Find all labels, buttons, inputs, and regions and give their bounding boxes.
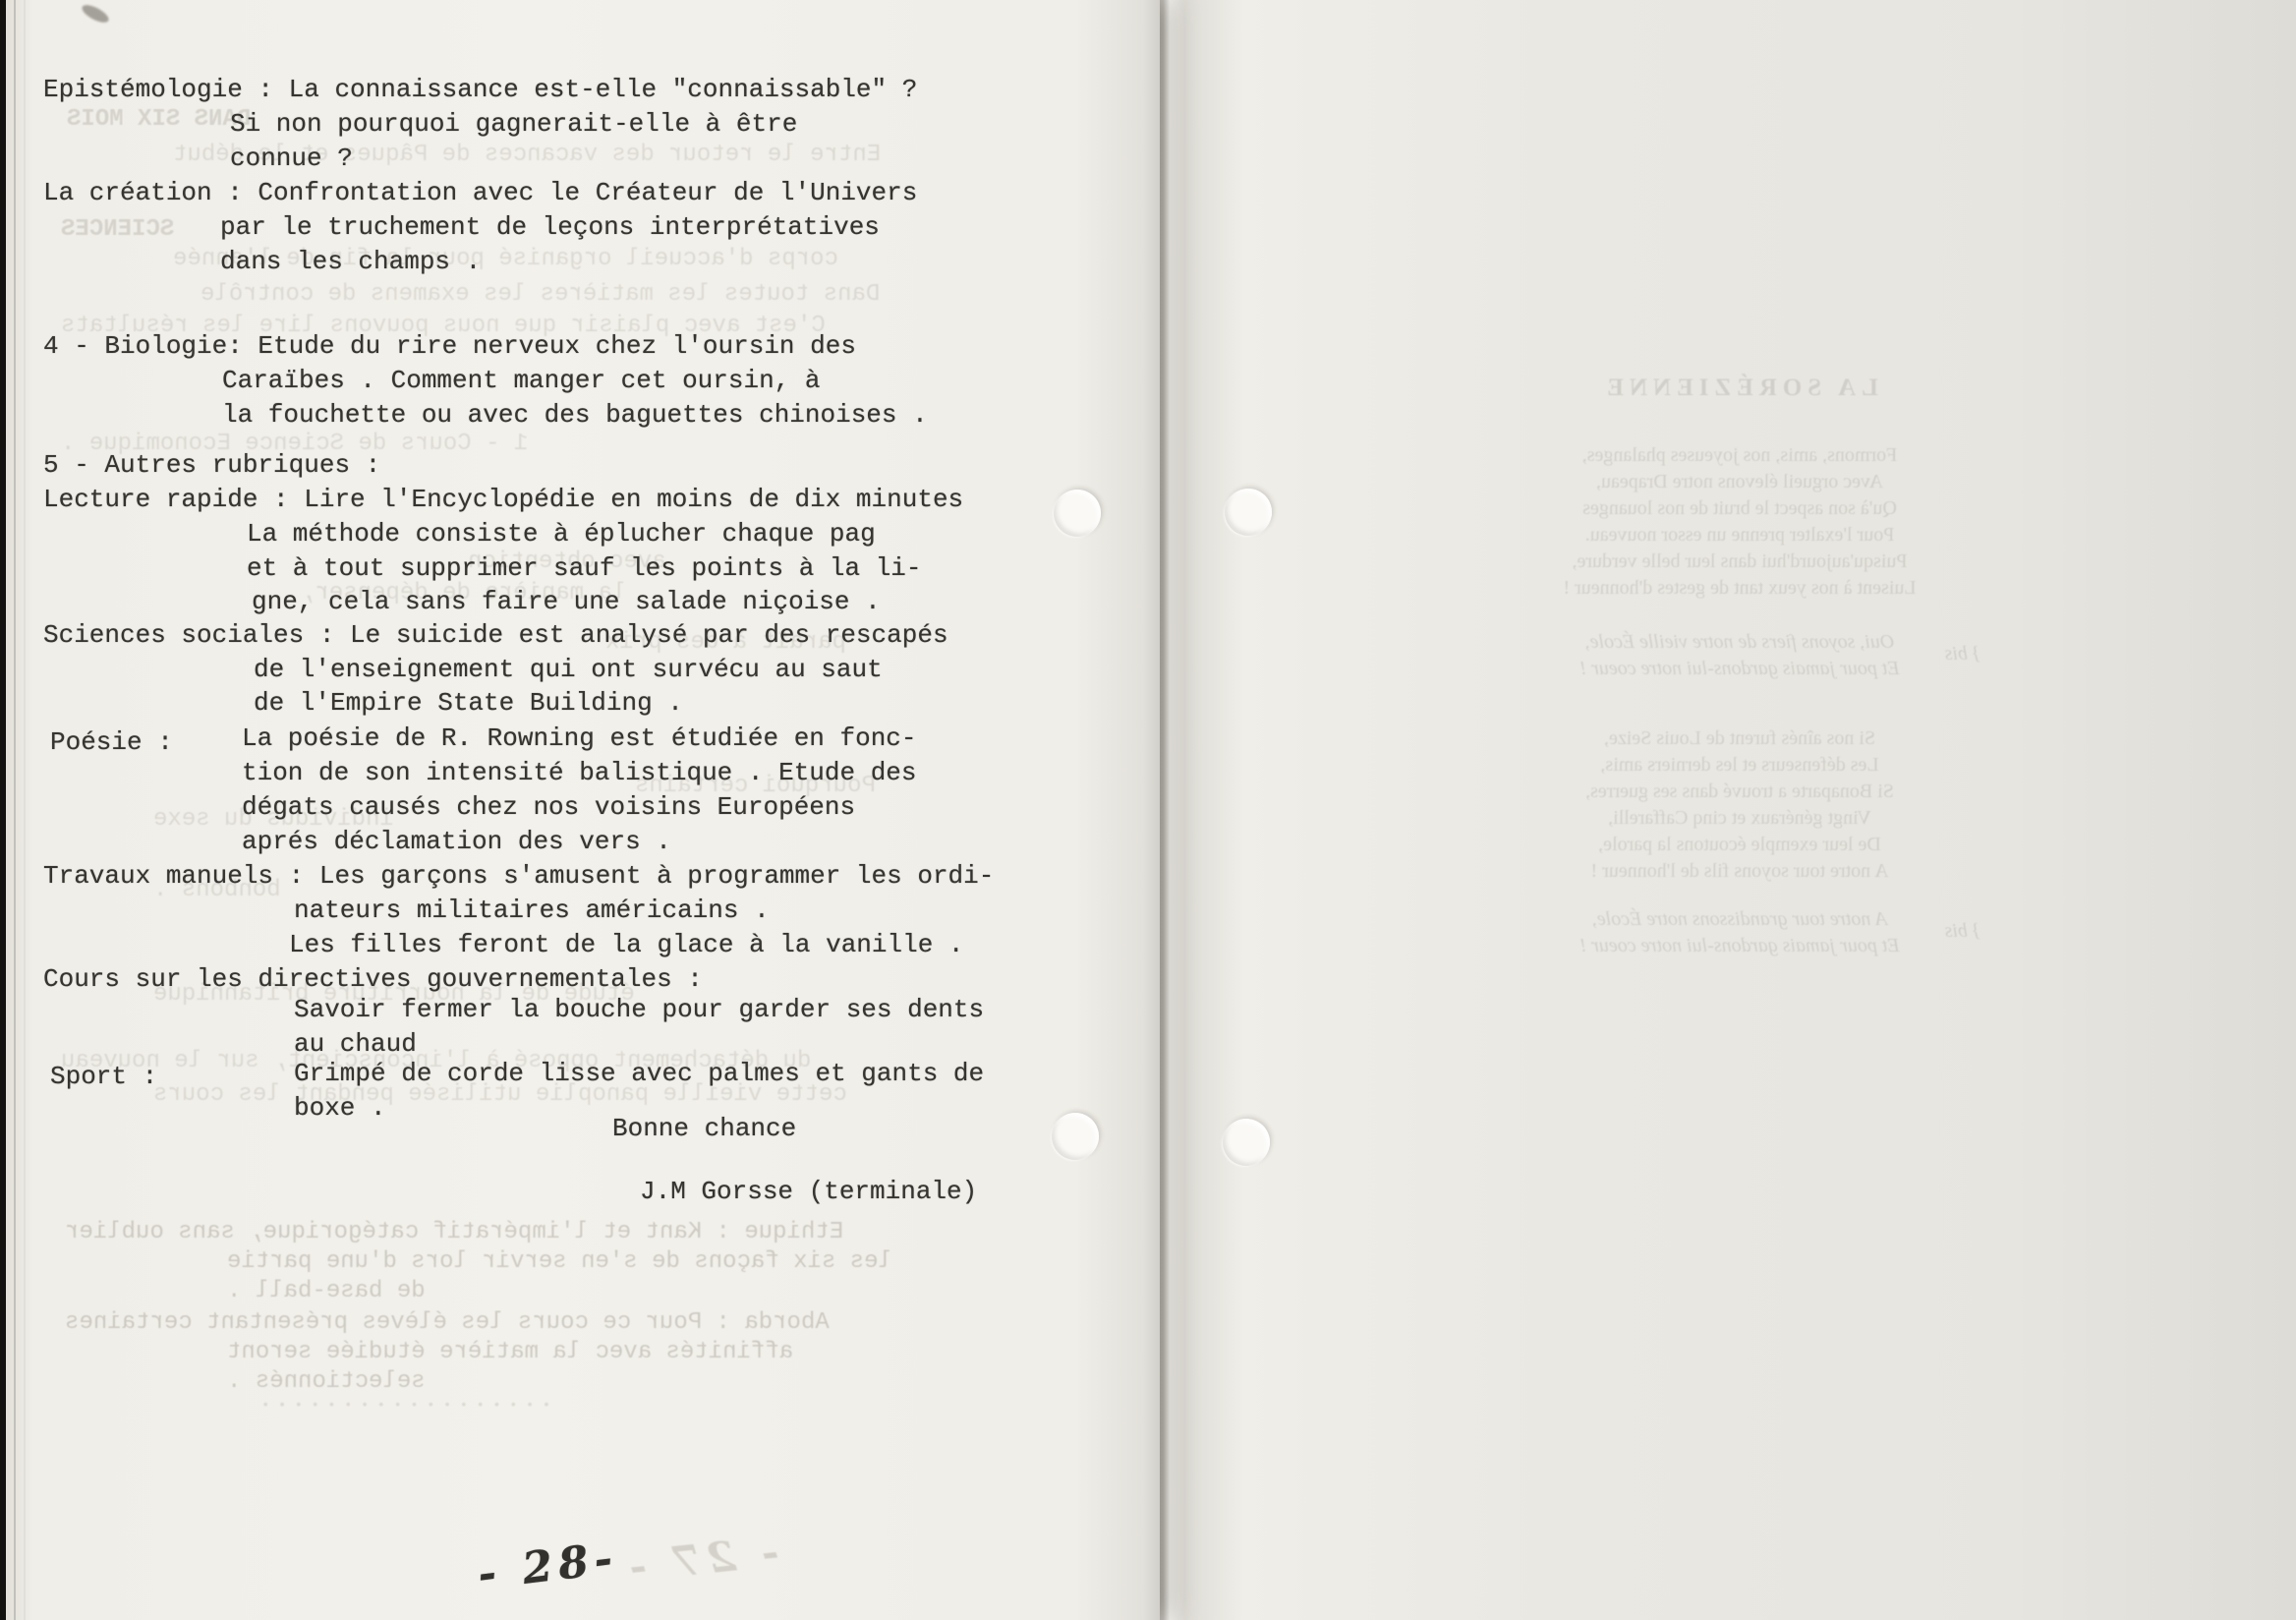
song-line: Vingt généraux et cinq Caffarelli,: [1445, 805, 2035, 832]
typed-line: boxe .: [294, 1093, 386, 1123]
song-line: Formons, amis, nos joyeuses phalanges,: [1445, 442, 2035, 469]
typed-line: Les filles feront de la glace à la vanil…: [289, 930, 964, 959]
typed-line: dégats causés chez nos voisins Européens: [242, 792, 855, 822]
page-number: - 28-: [475, 1533, 620, 1599]
signature: J.M Gorsse (terminale): [640, 1177, 977, 1206]
punch-hole: [1054, 490, 1101, 537]
bleed-line: Aborda : Pour ce cours les élèves présen…: [65, 1309, 830, 1336]
typed-line: de l'enseignement qui ont survécu au sau…: [254, 655, 883, 684]
song-title: LA SORÉZIENNE: [1445, 374, 2035, 403]
typed-line: la fouchette ou avec des baguettes chino…: [222, 400, 928, 430]
typed-line: La poésie de R. Rowning est étudiée en f…: [242, 723, 917, 753]
scanned-booklet-spread: { "left_page": { "typed_lines": [ "Epist…: [0, 0, 2296, 1620]
typed-line: par le truchement de leçons interprétati…: [220, 212, 880, 242]
typed-line: et à tout supprimer sauf les points à la…: [247, 553, 922, 583]
typed-line: Grimpé de corde lisse avec palmes et gan…: [294, 1059, 984, 1088]
song-line: A notre tour soyons fils de l'honneur !: [1445, 858, 2035, 885]
typed-line: Epistémologie : La connaissance est-elle…: [43, 75, 917, 104]
typed-line: Sport :: [50, 1062, 157, 1091]
punch-hole: [1225, 489, 1272, 536]
typed-line: 5 - Autres rubriques :: [43, 450, 380, 480]
bleed-line: les six façons de s'en servir lors d'une…: [227, 1248, 892, 1275]
song-line: Qu'à son aspect le bruit de nos louanges: [1445, 495, 2035, 522]
song-line: Les défenseurs et les derniers amis,: [1445, 752, 2035, 779]
typed-line: au chaud: [294, 1029, 417, 1059]
song-refrain-2: A notre tour grandissons notre École, Et…: [1445, 906, 2035, 959]
song-line: Puisqu'aujourd'hui dans leur belle verdu…: [1445, 549, 2035, 575]
bis-mark: } bis: [1945, 641, 1980, 667]
typed-line: Lecture rapide : Lire l'Encyclopédie en …: [43, 485, 963, 514]
punch-hole: [1223, 1119, 1270, 1166]
song-line: Si Bonaparte a trouvé dans ses guerres,: [1445, 779, 2035, 805]
bleed-line: de base-ball .: [227, 1278, 426, 1304]
left-page: DANS SIX MOIS Entre le retour des vacanc…: [6, 0, 1160, 1620]
song-line: De leur exemple écoutons la parole,: [1445, 832, 2035, 858]
typed-line: Travaux manuels : Les garçons s'amusent …: [43, 861, 994, 891]
paper-edge-line-2: [24, 0, 26, 1620]
scan-smudge: [80, 2, 111, 27]
typed-line: Poésie :: [50, 727, 173, 757]
typed-line: nateurs militaires américains .: [294, 896, 770, 925]
typed-line: tion de son intensité balistique . Etude…: [242, 758, 917, 787]
song-line: Pour l'exalter prenne un essor nouveau.: [1445, 522, 2035, 549]
page-number-bleed: - 27 -: [621, 1528, 781, 1591]
typed-line: 4 - Biologie: Etude du rire nerveux chez…: [43, 331, 856, 361]
typed-line: gne, cela sans faire une salade niçoise …: [252, 587, 881, 616]
typed-line: Si non pourquoi gagnerait-elle à être: [230, 109, 797, 139]
bleed-line: DANS SIX MOIS: [67, 106, 251, 133]
closing-line: Bonne chance: [612, 1114, 796, 1143]
bleed-line: SCIENCES: [61, 216, 174, 243]
song-refrain-1: Oui, soyons fiers de notre vieille École…: [1445, 629, 2035, 682]
bleed-line: affinités avec la matière étudiée seront: [227, 1339, 793, 1365]
bleed-line: • • • • • • • • • • • • • • • • • •: [261, 1398, 550, 1414]
paper-edge-line: [14, 0, 16, 1620]
typed-line: Sciences sociales : Le suicide est analy…: [43, 620, 948, 650]
typed-line: La création : Confrontation avec le Créa…: [43, 178, 917, 207]
bleed-through-song: LA SORÉZIENNE Formons, amis, nos joyeuse…: [1445, 374, 2035, 959]
bleed-line: Dans toutes les matières les examens de …: [201, 281, 880, 308]
typed-line: Savoir fermer la bouche pour garder ses …: [294, 995, 984, 1024]
song-stanza-1: Formons, amis, nos joyeuses phalanges, A…: [1445, 442, 2035, 602]
song-line: Avec orgueil élevons notre Drapeau,: [1445, 469, 2035, 495]
typed-line: La méthode consiste à éplucher chaque pa…: [247, 519, 876, 549]
typed-line: de l'Empire State Building .: [254, 688, 683, 718]
punch-hole: [1052, 1113, 1099, 1160]
song-stanza-2: Si nos aînés furent de Louis Seize, Les …: [1445, 725, 2035, 885]
typed-line: dans les champs .: [220, 247, 481, 276]
song-line: Luisent à nos yeux tant de gestes d'honn…: [1445, 575, 2035, 602]
typed-line: aprés déclamation des vers .: [242, 827, 671, 856]
song-line: Si nos aînés furent de Louis Seize,: [1445, 725, 2035, 752]
bis-mark: } bis: [1945, 918, 1980, 945]
typed-line: connue ?: [230, 144, 353, 173]
bleed-line: Ethique : Kant et l'impératif catégoriqu…: [65, 1219, 843, 1245]
typed-line: Caraïbes . Comment manger cet oursin, à: [222, 366, 821, 395]
right-page: LA SORÉZIENNE Formons, amis, nos joyeuse…: [1160, 0, 2296, 1620]
bleed-line: selectionnés .: [227, 1368, 426, 1395]
typed-line: Cours sur les directives gouvernementale…: [43, 964, 703, 994]
